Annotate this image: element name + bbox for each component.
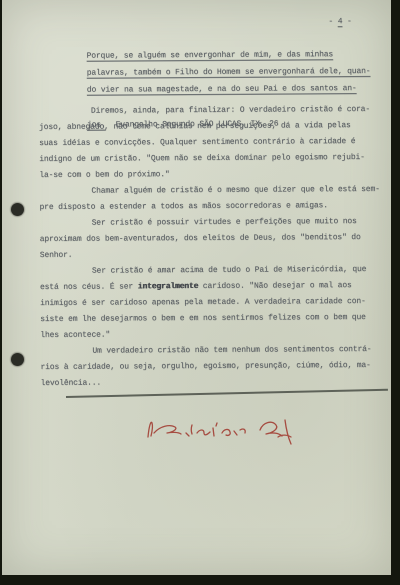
typed-line: Chamar alguém de cristão é o mesmo que d…: [39, 182, 379, 200]
body-text: Diremos, ainda, para finalizar: O verdad…: [39, 102, 381, 392]
bold-word: integralmente: [138, 282, 199, 291]
typed-line: do vier na sua magestade, e na do seu Pa…: [87, 80, 371, 99]
typed-line: Porque, se alguém se envergonhar de mim,…: [87, 46, 371, 65]
text-segment: caridoso. "Não desejar o mal aos: [198, 281, 352, 291]
text-segment: está nos céus. É ser: [40, 282, 138, 292]
page-number-prefix: -: [328, 17, 337, 26]
typed-line: indigno de um cristão. "Quem não se deix…: [39, 150, 379, 168]
hole-punch-bottom: [11, 353, 24, 366]
scanned-document: - 4 - Porque, se alguém se envergonhar d…: [0, 0, 400, 585]
signature: [138, 404, 308, 456]
typewritten-content: - 4 - Porque, se alguém se envergonhar d…: [0, 0, 393, 576]
scripture-quote-lines: Porque, se alguém se envergonhar de mim,…: [87, 46, 371, 99]
typed-line: rios à caridade, ou seja, orgulho, egois…: [40, 358, 380, 376]
document-page: - 4 - Porque, se alguém se envergonhar d…: [2, 0, 391, 575]
page-number: - 4 -: [328, 17, 351, 26]
typed-line: siste em lhe desejarmos o bem e em nos s…: [40, 310, 380, 328]
hole-punch-top: [11, 203, 24, 216]
typed-line: palavras, também o Filho do Homem se env…: [87, 63, 371, 82]
typed-line: aproximam dos bem-aventurados, dos eleit…: [40, 230, 380, 248]
page-number-suffix: -: [342, 17, 351, 26]
